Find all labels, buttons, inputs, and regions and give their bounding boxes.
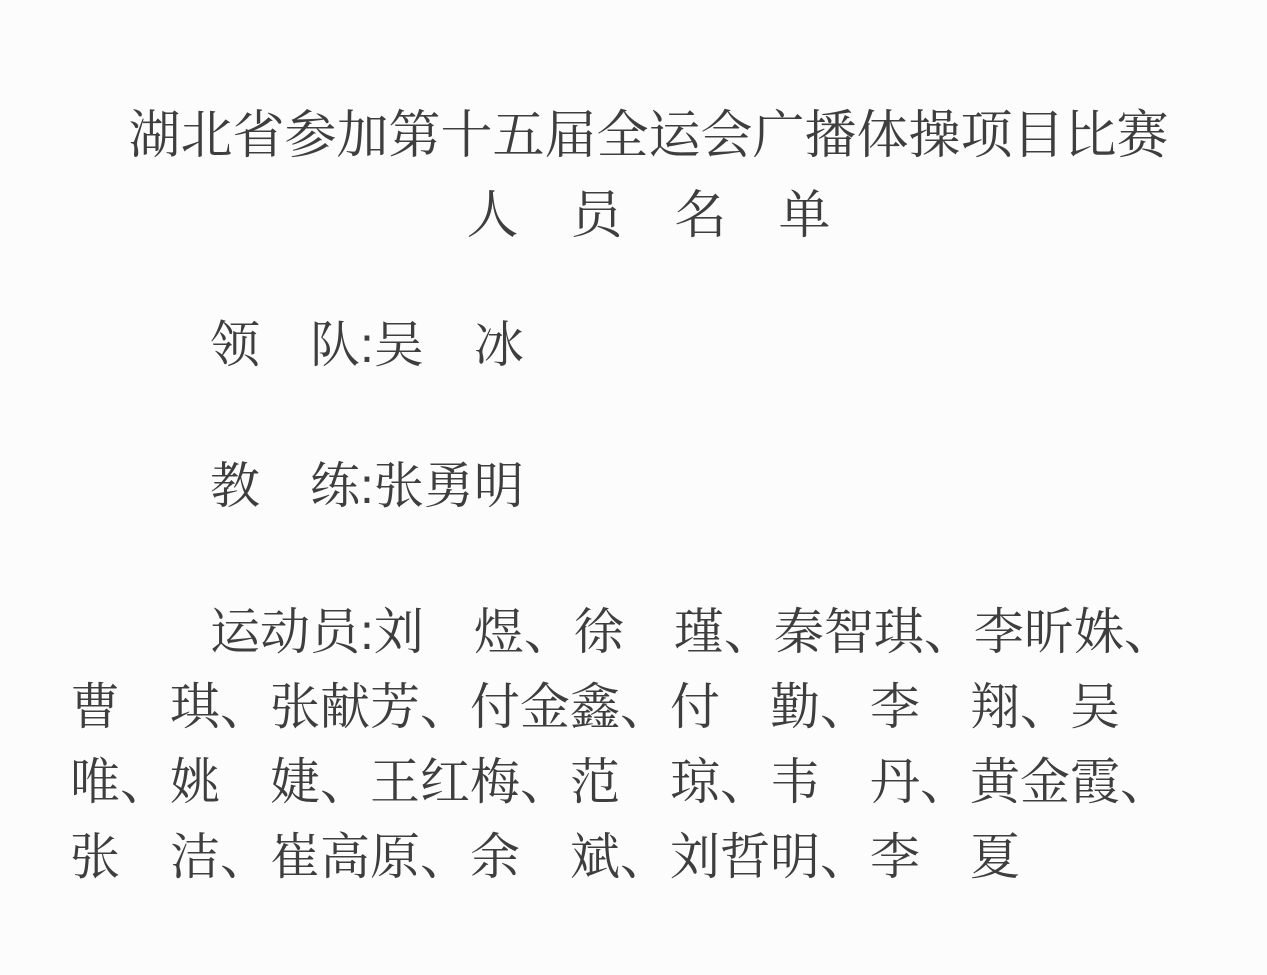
document-page: 湖北省参加第十五届全运会广播体操项目比赛 人 员 名 单 领 队:吴 冰 教 练…	[0, 0, 1267, 975]
athletes-line-4: 张 洁、崔高原、余 斌、刘哲明、李 夏	[70, 820, 1197, 895]
athletes-paragraph: 运动员:刘 煜、徐 瑾、秦智琪、李昕姝、 曹 琪、张献芳、付金鑫、付 勤、李 翔…	[70, 595, 1197, 895]
coach-line: 教 练:张勇明	[70, 455, 1197, 517]
team-leader-line: 领 队:吴 冰	[70, 314, 1197, 376]
athletes-line-3: 唯、姚 婕、王红梅、范 琼、韦 丹、黄金霞、	[70, 745, 1197, 820]
document-title: 湖北省参加第十五届全运会广播体操项目比赛 人 员 名 单	[30, 96, 1267, 256]
document-title-line-2: 人 员 名 单	[30, 176, 1267, 256]
athletes-line-1: 运动员:刘 煜、徐 瑾、秦智琪、李昕姝、	[70, 595, 1197, 670]
document-title-line-1: 湖北省参加第十五届全运会广播体操项目比赛	[30, 96, 1267, 176]
athletes-line-2: 曹 琪、张献芳、付金鑫、付 勤、李 翔、吴	[70, 670, 1197, 745]
